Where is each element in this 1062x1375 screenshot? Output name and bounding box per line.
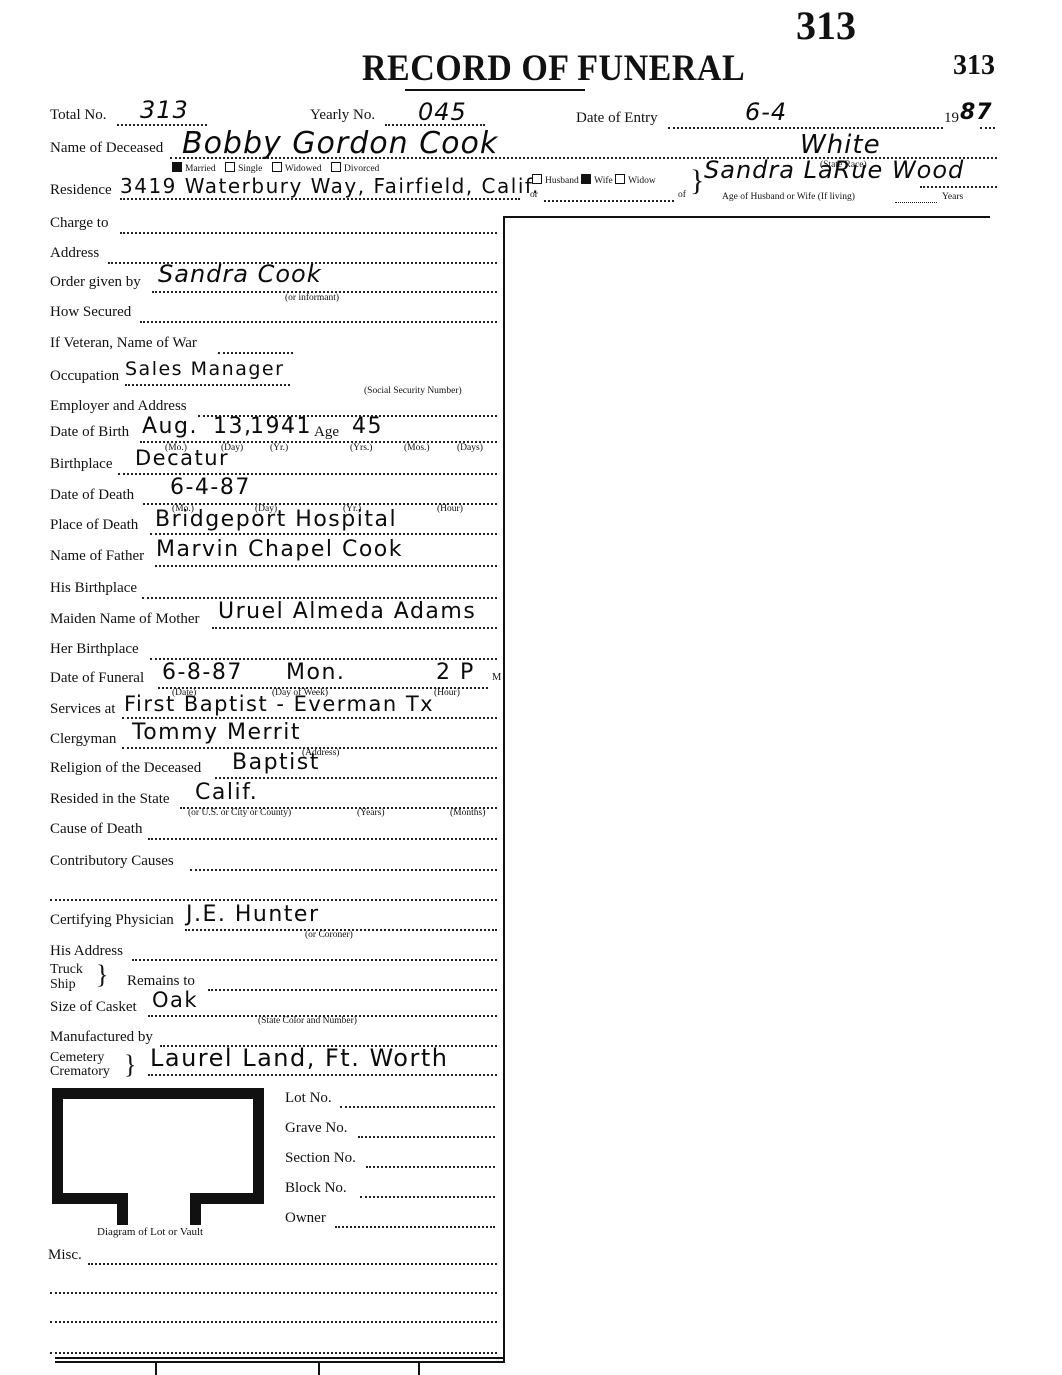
- empty-box-icon: [331, 162, 341, 172]
- panel-left-border: [503, 216, 505, 1361]
- stamp-number: 313: [796, 2, 856, 49]
- name-of-deceased-value[interactable]: Bobby Gordon Cook: [182, 126, 498, 161]
- section-no-label: Section No.: [285, 1150, 356, 1167]
- resided-in-state-label: Resided in the State: [50, 791, 170, 808]
- bottom-rule-1: [55, 1357, 505, 1359]
- spouse-name-value[interactable]: Sandra LaRue Wood: [704, 156, 964, 184]
- veteran-field[interactable]: [218, 352, 293, 354]
- yearly-no-label: Yearly No.: [310, 107, 375, 124]
- age-sub-mos: (Mos.): [404, 443, 430, 453]
- total-no-label: Total No.: [50, 107, 106, 124]
- certifying-physician-sublabel: (or Coroner): [305, 930, 353, 940]
- marital-status-options: Married Single Widowed Divorced: [172, 162, 379, 174]
- cemetery-value[interactable]: Laurel Land, Ft. Worth: [150, 1044, 448, 1072]
- certifying-physician-label: Certifying Physician: [50, 912, 174, 929]
- brace-icon: }: [96, 962, 108, 988]
- name-of-deceased-label: Name of Deceased: [50, 140, 163, 157]
- services-at-line: [122, 717, 497, 719]
- bottom-tick: [418, 1363, 420, 1375]
- maiden-name-of-mother-label: Maiden Name of Mother: [50, 611, 200, 628]
- checkbox-husband[interactable]: Husband: [532, 176, 579, 186]
- residence-line: [120, 198, 520, 200]
- date-of-birth-label: Date of Birth: [50, 424, 129, 441]
- vault-wall-right: [190, 1193, 264, 1204]
- page-number: 313: [953, 50, 995, 82]
- religion-label: Religion of the Deceased: [50, 760, 201, 777]
- her-birthplace-label: Her Birthplace: [50, 641, 139, 658]
- spouse-age-line[interactable]: [895, 202, 937, 203]
- size-of-casket-value[interactable]: Oak: [152, 988, 198, 1012]
- truck-label: Truck: [50, 962, 83, 977]
- bottom-tick: [318, 1363, 320, 1375]
- lot-no-label: Lot No.: [285, 1090, 332, 1107]
- owner-field[interactable]: [335, 1226, 495, 1228]
- section-no-field[interactable]: [366, 1166, 495, 1168]
- size-of-casket-label: Size of Casket: [50, 999, 137, 1016]
- religion-line: [215, 777, 497, 779]
- lot-no-field[interactable]: [340, 1106, 495, 1108]
- page-title: RECORD OF FUNERAL: [362, 48, 745, 90]
- charge-to-label: Charge to: [50, 215, 108, 232]
- dob-year-value[interactable]: 1941: [250, 414, 312, 439]
- lot-vault-diagram: [52, 1088, 264, 1204]
- name-of-father-value[interactable]: Marvin Chapel Cook: [156, 537, 403, 562]
- checkbox-single[interactable]: Single: [225, 164, 262, 174]
- spouse-name-line: [920, 186, 997, 188]
- empty-box-icon: [532, 174, 542, 184]
- cause-of-death-field[interactable]: [148, 838, 497, 840]
- remains-to-field[interactable]: [208, 989, 497, 991]
- empty-box-icon: [615, 174, 625, 184]
- date-of-death-value[interactable]: 6-4-87: [170, 475, 251, 500]
- place-of-death-value[interactable]: Bridgeport Hospital: [155, 507, 397, 532]
- checkbox-married[interactable]: Married: [172, 164, 216, 174]
- spouse-type-options: Husband Wife Widow: [532, 174, 656, 186]
- misc-field-4[interactable]: [50, 1352, 497, 1354]
- cemetery-crematory-label: Cemetery Crematory: [50, 1051, 110, 1079]
- his-address-label: His Address: [50, 943, 123, 960]
- truck-ship-label: Truck Ship: [50, 962, 83, 992]
- place-of-death-label: Place of Death: [50, 517, 138, 534]
- address-label: Address: [50, 245, 99, 262]
- dob-day-value[interactable]: 13,: [213, 414, 253, 439]
- or-line: [544, 200, 674, 202]
- manufactured-by-label: Manufactured by: [50, 1029, 153, 1046]
- veteran-label: If Veteran, Name of War: [50, 335, 197, 352]
- misc-field[interactable]: [88, 1263, 497, 1265]
- checkbox-widow[interactable]: Widow: [615, 176, 656, 186]
- name-of-father-label: Name of Father: [50, 548, 144, 565]
- contributory-causes-field-2[interactable]: [50, 899, 497, 901]
- resided-sub-place: (or U.S. or City or County): [188, 808, 291, 818]
- how-secured-field[interactable]: [140, 321, 497, 323]
- clergyman-value[interactable]: Tommy Merrit: [132, 720, 301, 745]
- cause-of-death-label: Cause of Death: [50, 821, 142, 838]
- employer-label: Employer and Address: [50, 398, 187, 415]
- charge-to-field[interactable]: [120, 232, 497, 234]
- his-birthplace-label: His Birthplace: [50, 580, 137, 597]
- total-no-value[interactable]: 313: [140, 96, 189, 124]
- how-secured-label: How Secured: [50, 304, 131, 321]
- residence-label: Residence: [50, 182, 112, 199]
- year-line: [980, 127, 995, 129]
- checkbox-wife[interactable]: Wife: [581, 176, 613, 186]
- clergyman-label: Clergyman: [50, 731, 116, 748]
- date-of-entry-year[interactable]: 87: [960, 100, 993, 125]
- diagram-caption: Diagram of Lot or Vault: [97, 1226, 203, 1238]
- ssn-sublabel: (Social Security Number): [364, 386, 462, 396]
- brace-icon: }: [124, 1052, 136, 1078]
- date-of-entry-value[interactable]: 6-4: [745, 98, 787, 126]
- misc-field-3[interactable]: [50, 1321, 497, 1323]
- funeral-day-of-week-value[interactable]: Mon.: [286, 660, 345, 685]
- misc-label: Misc.: [48, 1247, 82, 1264]
- checked-box-icon: [581, 174, 591, 184]
- name-of-father-line: [155, 565, 497, 567]
- empty-box-icon: [225, 162, 235, 172]
- occupation-line: [125, 384, 290, 386]
- date-of-entry-year-prefix: 19: [944, 110, 959, 127]
- size-of-casket-sublabel: (State Color and Number): [258, 1016, 357, 1026]
- funeral-date-value[interactable]: 6-8-87: [162, 660, 243, 685]
- vault-door-right: [190, 1193, 201, 1225]
- of-label: of: [678, 190, 686, 200]
- residence-value[interactable]: 3419 Waterbury Way, Fairfield, Calif.: [120, 174, 540, 198]
- place-of-death-line: [150, 533, 497, 535]
- yearly-no-value[interactable]: 045: [418, 98, 467, 126]
- age-sub-yrs: (Yrs.): [350, 443, 372, 453]
- order-given-by-label: Order given by: [50, 274, 141, 291]
- title-underline: [405, 89, 585, 91]
- contributory-causes-label: Contributory Causes: [50, 853, 174, 870]
- block-no-field[interactable]: [360, 1196, 495, 1198]
- funeral-hour-value[interactable]: 2 P: [436, 660, 475, 685]
- resided-sub-years: (Years): [357, 808, 385, 818]
- services-at-value[interactable]: First Baptist - Everman Tx: [124, 692, 434, 716]
- bottom-rule-2: [55, 1361, 505, 1363]
- or-label: or: [530, 190, 538, 200]
- date-of-birth-line: [140, 441, 497, 443]
- date-of-entry-line: [668, 127, 943, 129]
- date-of-funeral-label: Date of Funeral: [50, 670, 144, 687]
- cemetery-line: [148, 1074, 497, 1076]
- date-of-entry-label: Date of Entry: [576, 110, 658, 127]
- brace-icon: }: [690, 166, 704, 196]
- religion-value[interactable]: Baptist: [232, 750, 320, 775]
- order-given-by-value[interactable]: Sandra Cook: [158, 260, 322, 288]
- panel-top-border: [503, 216, 990, 218]
- services-at-label: Services at: [50, 701, 115, 718]
- dod-sub-hour: (Hour): [437, 504, 463, 514]
- bottom-tick: [155, 1363, 157, 1375]
- misc-field-2[interactable]: [50, 1292, 497, 1294]
- age-value[interactable]: 45: [352, 414, 383, 439]
- order-given-by-sublabel: (or informant): [285, 293, 339, 303]
- checkbox-widowed[interactable]: Widowed: [272, 164, 322, 174]
- grave-no-label: Grave No.: [285, 1120, 347, 1137]
- checked-box-icon: [172, 162, 182, 172]
- crematory-label: Crematory: [50, 1065, 110, 1079]
- empty-box-icon: [272, 162, 282, 172]
- resided-in-state-value[interactable]: Calif.: [195, 780, 258, 805]
- spouse-age-label: Age of Husband or Wife (If living): [722, 192, 855, 202]
- contributory-causes-field[interactable]: [190, 869, 497, 871]
- his-address-field[interactable]: [132, 959, 497, 961]
- cemetery-label: Cemetery: [50, 1051, 110, 1065]
- date-of-death-label: Date of Death: [50, 487, 134, 504]
- ship-label: Ship: [50, 977, 83, 992]
- owner-label: Owner: [285, 1210, 326, 1227]
- maiden-name-of-mother-value[interactable]: Uruel Almeda Adams: [218, 599, 476, 624]
- occupation-label: Occupation: [50, 368, 119, 385]
- birthplace-label: Birthplace: [50, 456, 112, 473]
- maiden-name-of-mother-line: [212, 627, 497, 629]
- grave-no-field[interactable]: [358, 1136, 495, 1138]
- checkbox-divorced[interactable]: Divorced: [331, 164, 379, 174]
- dob-month-value[interactable]: Aug.: [142, 414, 198, 439]
- funeral-hour-suffix: M: [492, 672, 501, 683]
- birthplace-value[interactable]: Decatur: [135, 446, 229, 470]
- occupation-value[interactable]: Sales Manager: [125, 358, 284, 380]
- age-label: Age: [314, 424, 339, 441]
- vault-door-left: [117, 1193, 128, 1225]
- certifying-physician-value[interactable]: J.E. Hunter: [186, 902, 320, 927]
- block-no-label: Block No.: [285, 1180, 347, 1197]
- dob-sub-yr: (Yr.): [270, 443, 288, 453]
- funeral-sub-hour: (Hour): [434, 688, 460, 698]
- age-sub-days: (Days): [457, 443, 483, 453]
- spouse-age-suffix: Years: [942, 192, 963, 202]
- resided-sub-months: (Months): [450, 808, 485, 818]
